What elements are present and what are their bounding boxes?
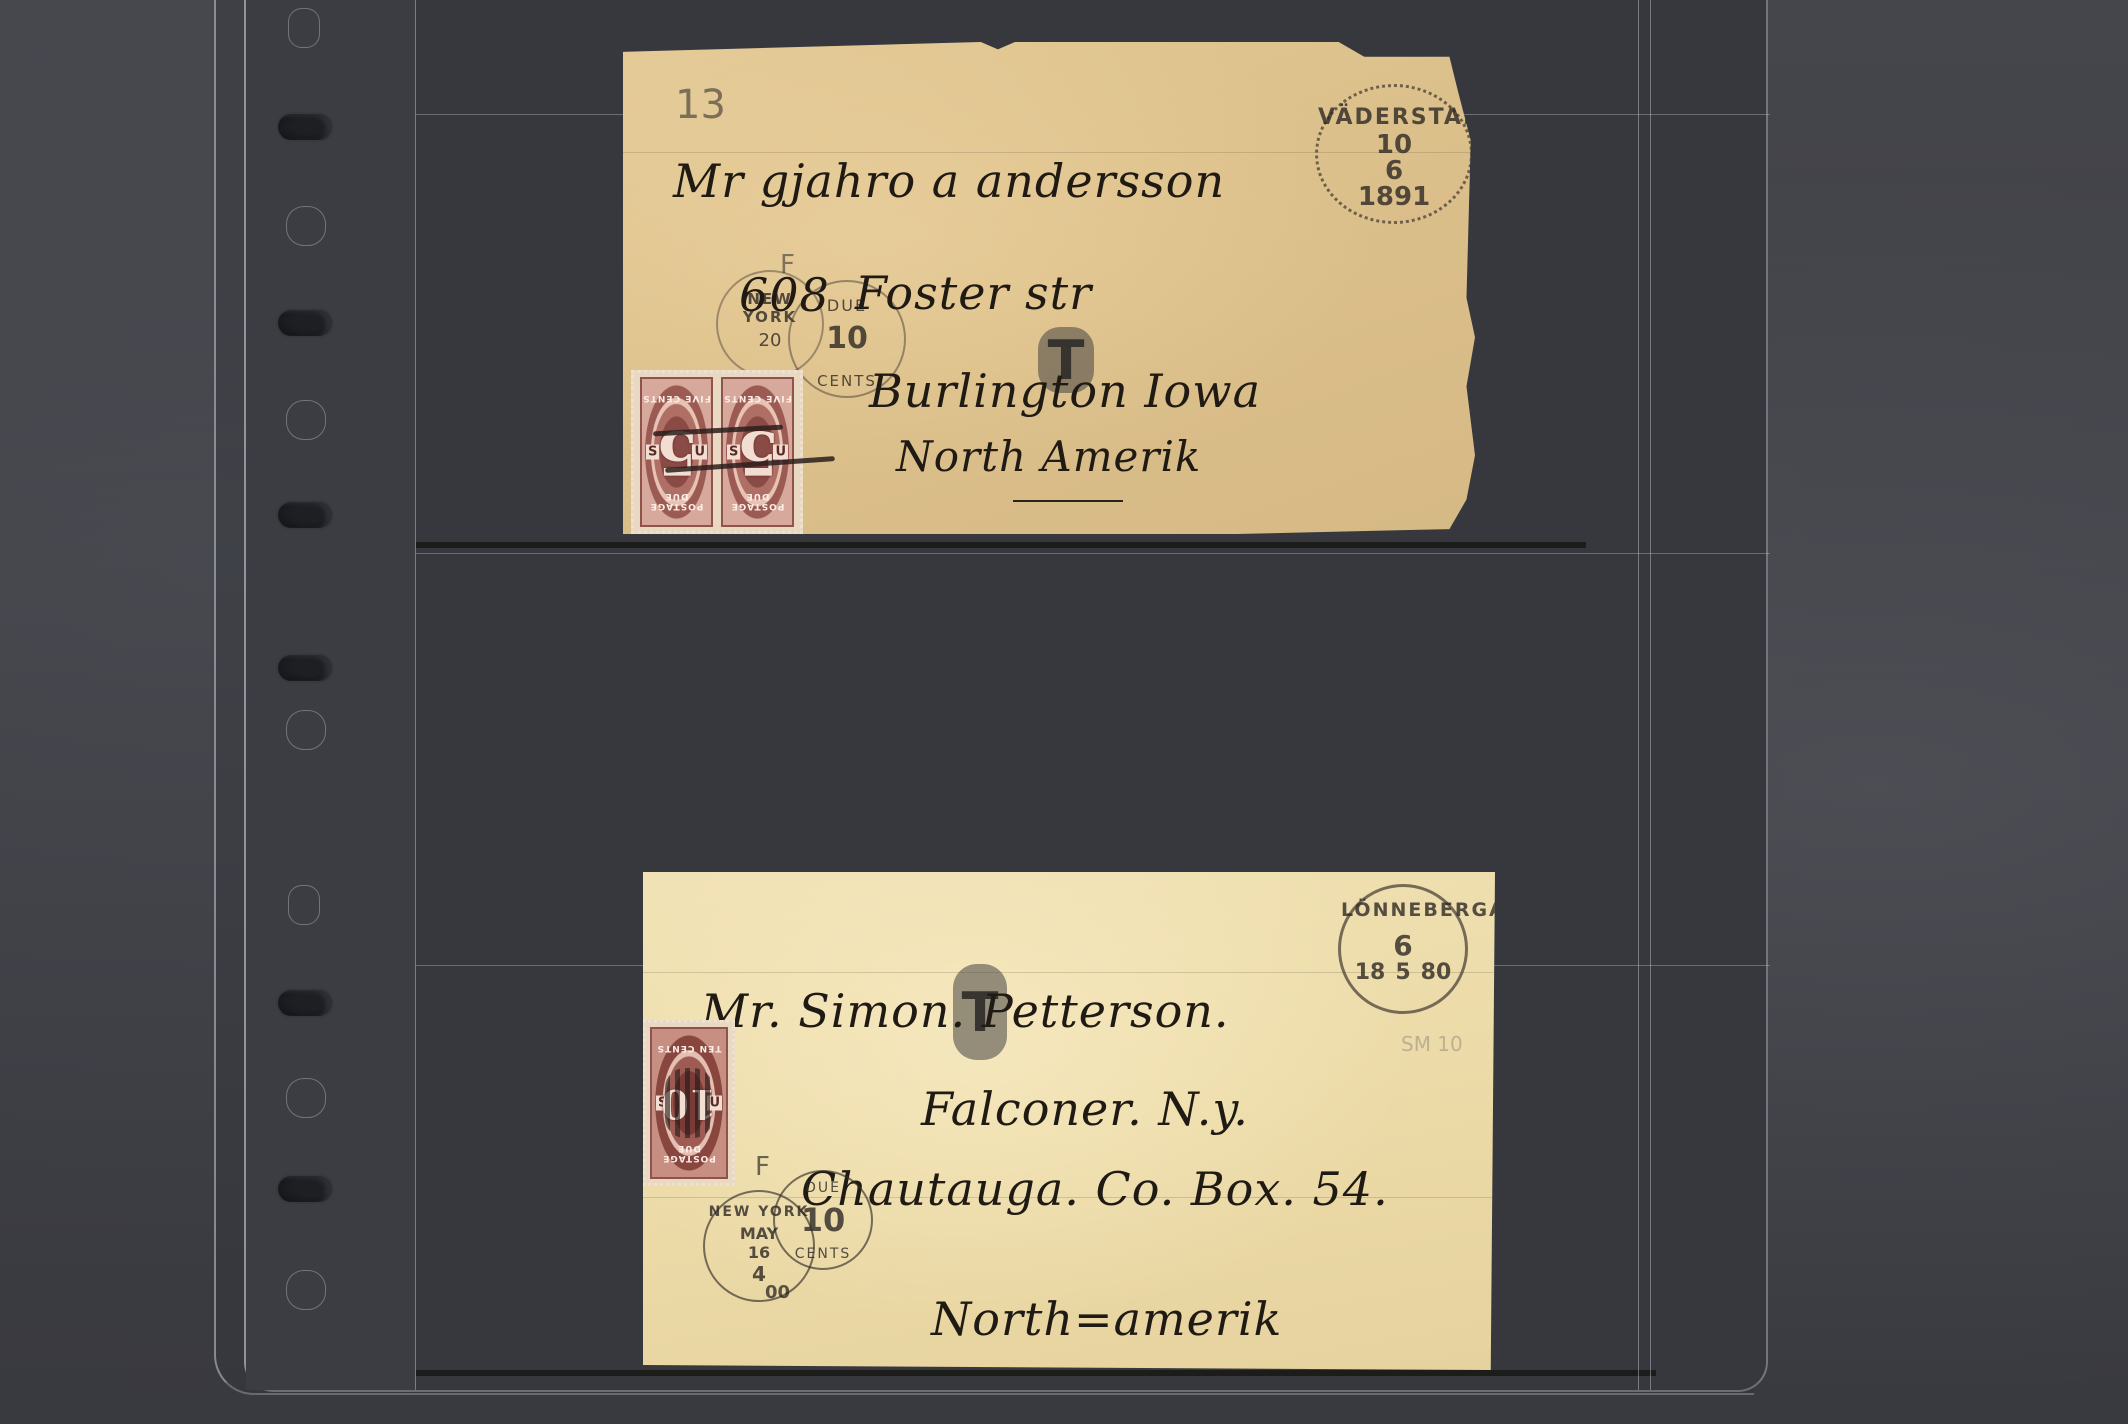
postmark-letter: F	[755, 1152, 770, 1182]
address-line-3: Burlington Iowa	[869, 364, 1261, 418]
binder-ring-outline	[286, 1078, 326, 1118]
origin-postmark: VÄDERSTAD 10 6 1891	[1315, 84, 1473, 224]
postage-due-stamp: TEN CENTS S 10 U POSTAGE DUE	[650, 1027, 728, 1179]
pencil-note: SM 10	[1401, 1032, 1463, 1056]
postage-due-stamp-10c: TEN CENTS S 10 U POSTAGE DUE	[643, 1020, 735, 1186]
binder-ring-outline	[286, 400, 326, 440]
grid-cancel	[665, 1068, 713, 1138]
address-line-4: North=amerik	[931, 1292, 1282, 1346]
binder-hole	[278, 1176, 332, 1202]
sheet-rail	[1650, 0, 1651, 1390]
postage-due-stamp: FIVE CENTS S 5 U POSTAGE DUE	[721, 377, 794, 527]
address-line-4: North Amerik	[896, 432, 1201, 481]
postage-due-stamp: FIVE CENTS S 5 U POSTAGE DUE	[640, 377, 713, 527]
binder-ring-outline	[286, 1270, 326, 1310]
due-handstamp: DUE 10 CENTS	[773, 1170, 873, 1270]
stamp-pair: FIVE CENTS S 5 U POSTAGE DUE FIVE CENTS …	[631, 370, 803, 534]
underline	[1013, 500, 1123, 502]
origin-postmark: LÖNNEBERGA 6 18 5 80	[1338, 884, 1468, 1014]
binder-hole	[278, 990, 332, 1016]
pocket-strip-edge	[416, 553, 1770, 554]
address-line-1: Mr. Simon. Petterson.	[701, 984, 1230, 1038]
address-house-number: 608	[739, 268, 830, 322]
binder-hole	[278, 502, 332, 528]
binder-strip	[246, 0, 416, 1390]
binder-hole	[278, 655, 332, 681]
pocket-seam	[416, 542, 1586, 548]
binder-hole	[278, 114, 332, 140]
binder-ring-outline	[288, 8, 320, 48]
extra-mark: 00	[765, 1282, 790, 1303]
address-street: Foster str	[855, 266, 1092, 320]
binder-ring-outline	[288, 885, 320, 925]
address-line-3: Chautauga. Co. Box. 54.	[801, 1162, 1389, 1216]
sheet-rail	[1638, 0, 1639, 1390]
cover-2: LÖNNEBERGA 6 18 5 80 SM 10 T Mr. Simon. …	[643, 872, 1495, 1370]
pocket-seam	[416, 1370, 1656, 1376]
address-line-1: Mr gjahro a andersson	[673, 154, 1225, 208]
address-line-2: Falconer. N.y.	[921, 1082, 1249, 1136]
binder-ring-outline	[286, 710, 326, 750]
binder-ring-outline	[286, 206, 326, 246]
cover-1: 13 VÄDERSTAD 10 6 1891 Mr gjahro a ander…	[623, 42, 1475, 534]
binder-hole	[278, 310, 332, 336]
pencil-note: 13	[675, 82, 726, 128]
